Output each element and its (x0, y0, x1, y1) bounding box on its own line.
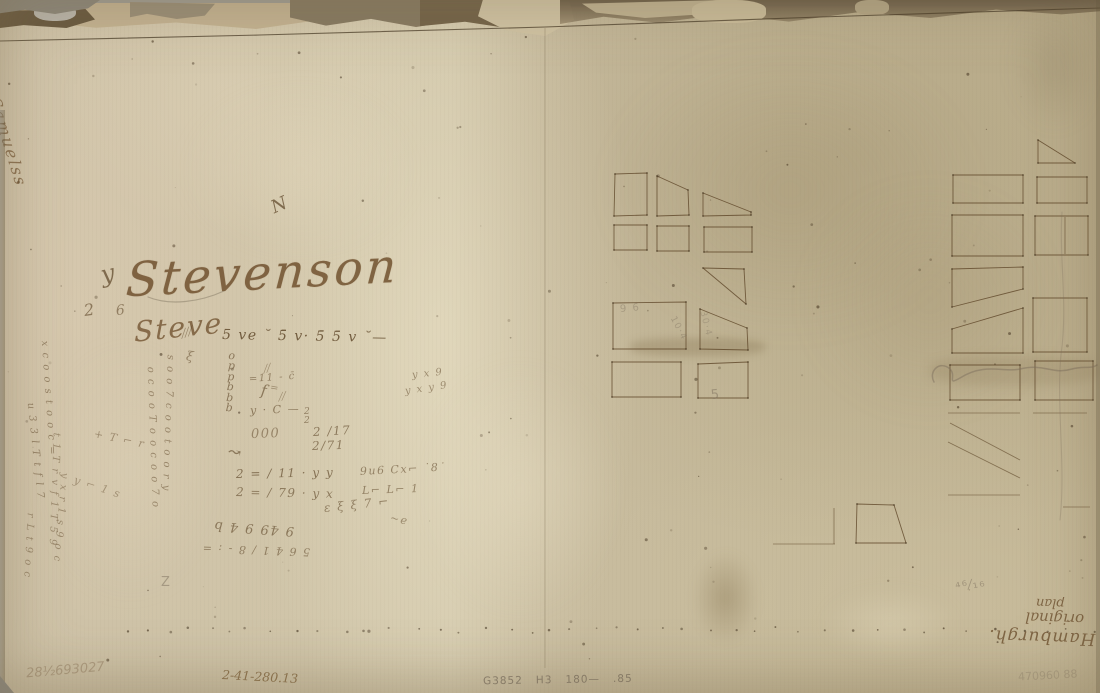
scanned-manuscript-sheet: Samuelss Stevenson Steve Hamburgh. origi… (0, 0, 1100, 693)
edge-vignette (0, 0, 1100, 693)
